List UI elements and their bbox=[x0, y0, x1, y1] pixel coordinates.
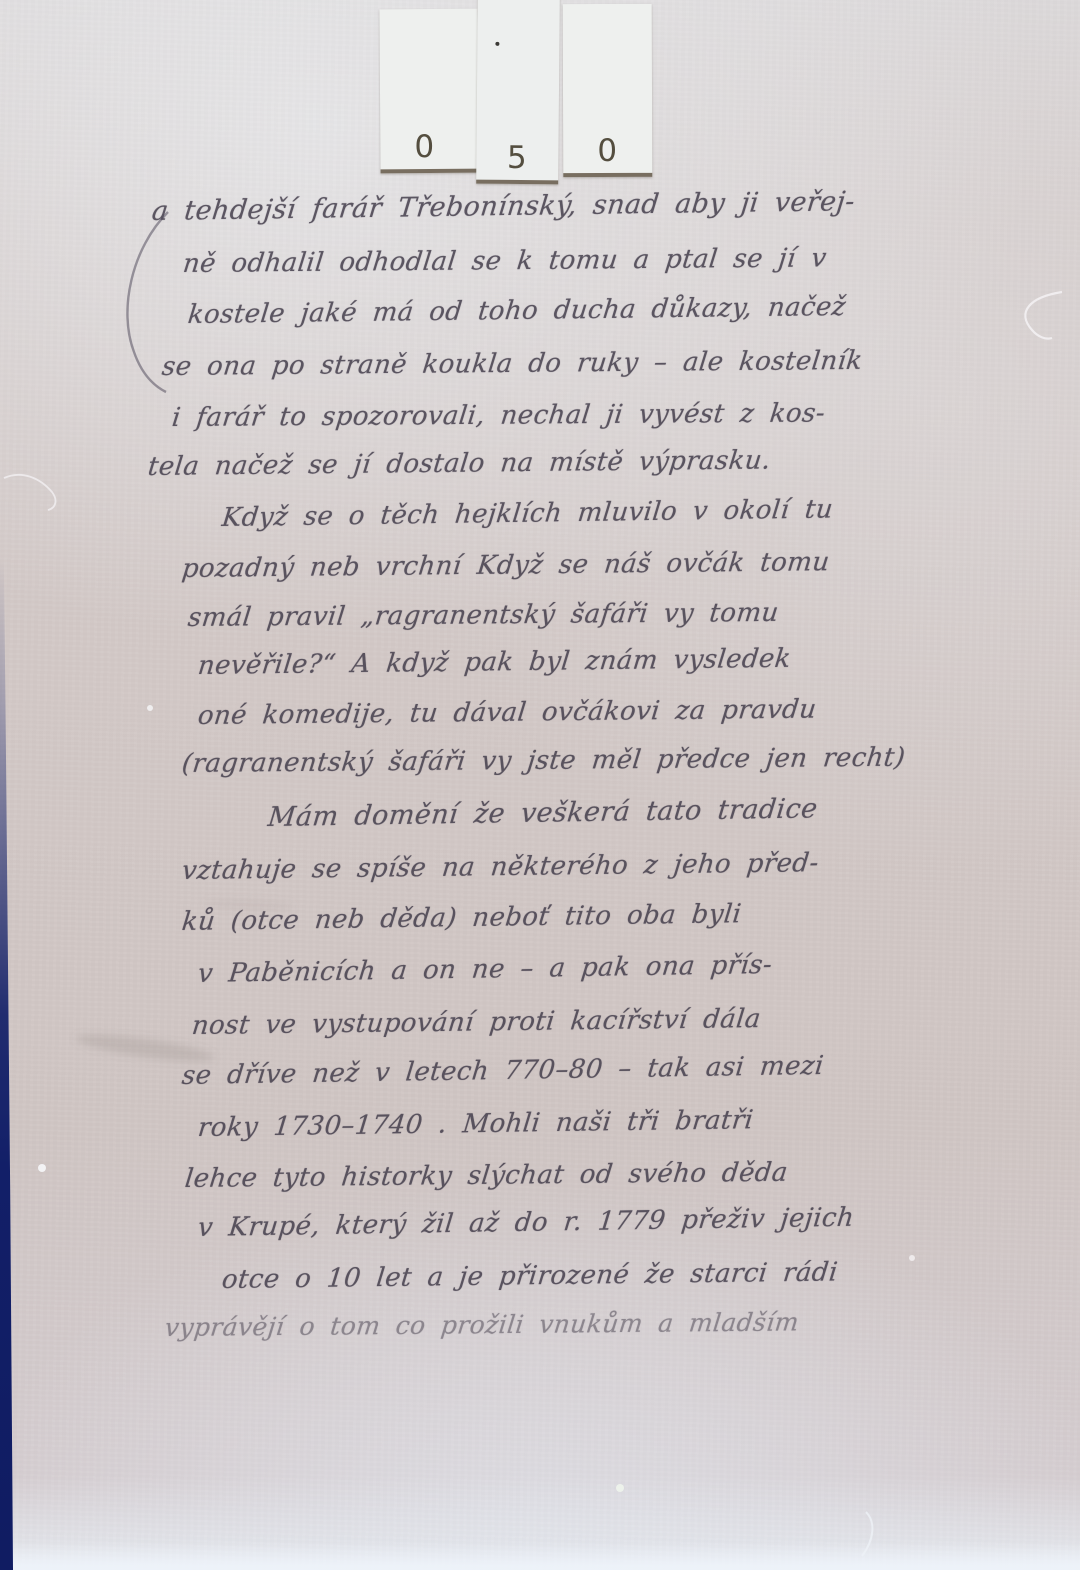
page-number-tab: 5 bbox=[476, 0, 560, 184]
page-number-tab: 0 bbox=[379, 9, 478, 174]
manuscript-line: (ragranentský šafáři vy jste měl předce … bbox=[180, 743, 907, 779]
manuscript-line: smál pravil „ragranentský šafáři vy tomu bbox=[186, 598, 780, 633]
page-number-tab: 0 bbox=[563, 4, 653, 177]
manuscript-line: i farář to spozorovali, nechal ji vyvést… bbox=[170, 398, 827, 433]
tab-digit: 0 bbox=[563, 136, 652, 167]
tab-digit: 5 bbox=[476, 143, 558, 175]
tab-digit: 0 bbox=[380, 132, 478, 164]
manuscript-line: se ona po straně koukla do ruky – ale ko… bbox=[160, 346, 864, 382]
manuscript-line: ně odhalil odhodlal se k tomu a ptal se … bbox=[181, 243, 828, 279]
manuscript-line: vyprávějí o tom co prožili vnukům a mlad… bbox=[163, 1307, 800, 1342]
ink-speck bbox=[495, 42, 499, 46]
film-bottom-edge bbox=[0, 1542, 1080, 1570]
manuscript-line: lehce tyto historky slýchat od svého děd… bbox=[183, 1158, 789, 1194]
